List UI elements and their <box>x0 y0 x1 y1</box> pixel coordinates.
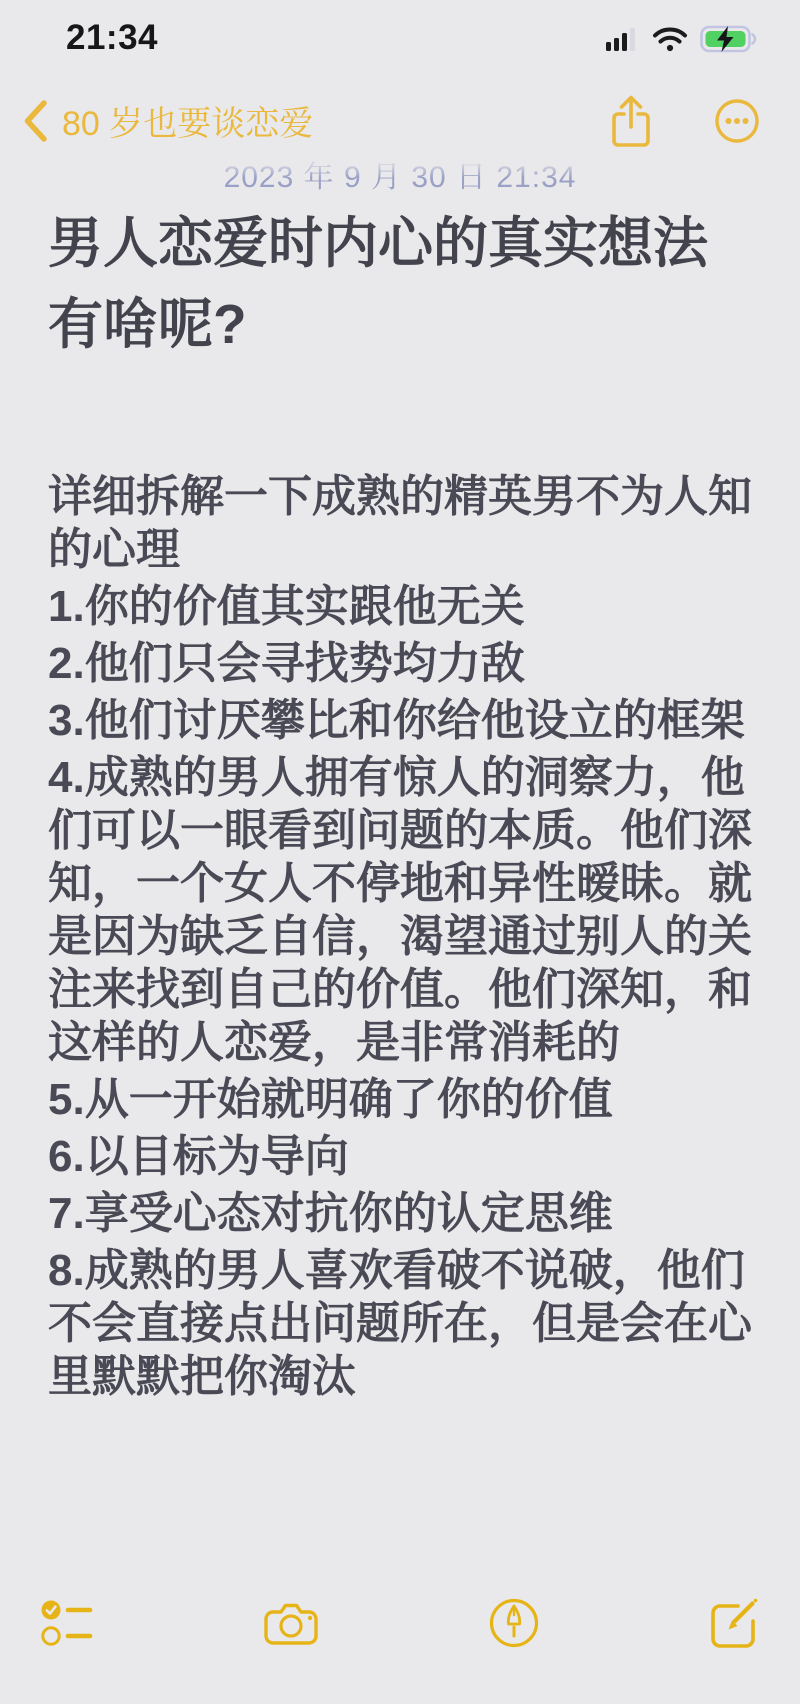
camera-icon <box>261 1599 321 1652</box>
note-title[interactable]: 男人恋爱时内心的真实想法有啥呢? <box>48 203 758 365</box>
ellipsis-circle-icon <box>714 131 760 148</box>
back-label: 80 岁也要谈恋爱 <box>62 102 313 146</box>
checklist-icon <box>40 1598 96 1653</box>
battery-charging-icon <box>700 24 760 59</box>
note-body[interactable]: 详细拆解一下成熟的精英男不为人知的心理 1.你的价值其实跟他无关 2.他们只会寻… <box>48 470 756 1407</box>
note-paragraph[interactable]: 8.成熟的男人喜欢看破不说破，他们不会直接点出问题所在，但是会在心里默默把你淘汰 <box>48 1244 756 1403</box>
nav-bar: 80 岁也要谈恋爱 <box>0 62 800 154</box>
more-button[interactable] <box>714 98 760 144</box>
pencil-tip-circle-icon <box>487 1596 541 1655</box>
note-paragraph[interactable]: 详细拆解一下成熟的精英男不为人知的心理 <box>48 470 756 576</box>
checklist-button[interactable] <box>40 1598 96 1653</box>
share-button[interactable] <box>608 94 654 150</box>
wifi-icon <box>652 26 688 57</box>
compose-icon <box>706 1596 760 1655</box>
markup-button[interactable] <box>487 1596 541 1655</box>
note-paragraph[interactable]: 2.他们只会寻找势均力敌 <box>48 637 756 690</box>
note-paragraph[interactable]: 1.你的价值其实跟他无关 <box>48 580 756 633</box>
note-paragraph[interactable]: 3.他们讨厌攀比和你给他设立的框架 <box>48 694 756 747</box>
bottom-toolbar <box>0 1590 800 1660</box>
compose-button[interactable] <box>706 1596 760 1655</box>
note-paragraph[interactable]: 5.从一开始就明确了你的价值 <box>48 1073 756 1126</box>
chevron-left-icon <box>22 98 48 149</box>
back-button[interactable]: 80 岁也要谈恋爱 <box>22 98 313 149</box>
note-paragraph[interactable]: 7.享受心态对抗你的认定思维 <box>48 1187 756 1240</box>
note-paragraph[interactable]: 6.以目标为导向 <box>48 1130 756 1183</box>
note-paragraph[interactable]: 4.成熟的男人拥有惊人的洞察力，他们可以一眼看到问题的本质。他们深知，一个女人不… <box>48 751 756 1069</box>
note-date: 2023 年 9 月 30 日 21:34 <box>0 152 800 196</box>
status-time: 21:34 <box>66 18 158 58</box>
share-icon <box>608 137 654 154</box>
camera-button[interactable] <box>261 1599 321 1652</box>
cellular-signal-icon <box>606 27 640 56</box>
status-bar: 21:34 <box>0 0 800 62</box>
notes-app-screen: 21:34 <box>0 0 800 1704</box>
status-icons <box>606 24 760 59</box>
